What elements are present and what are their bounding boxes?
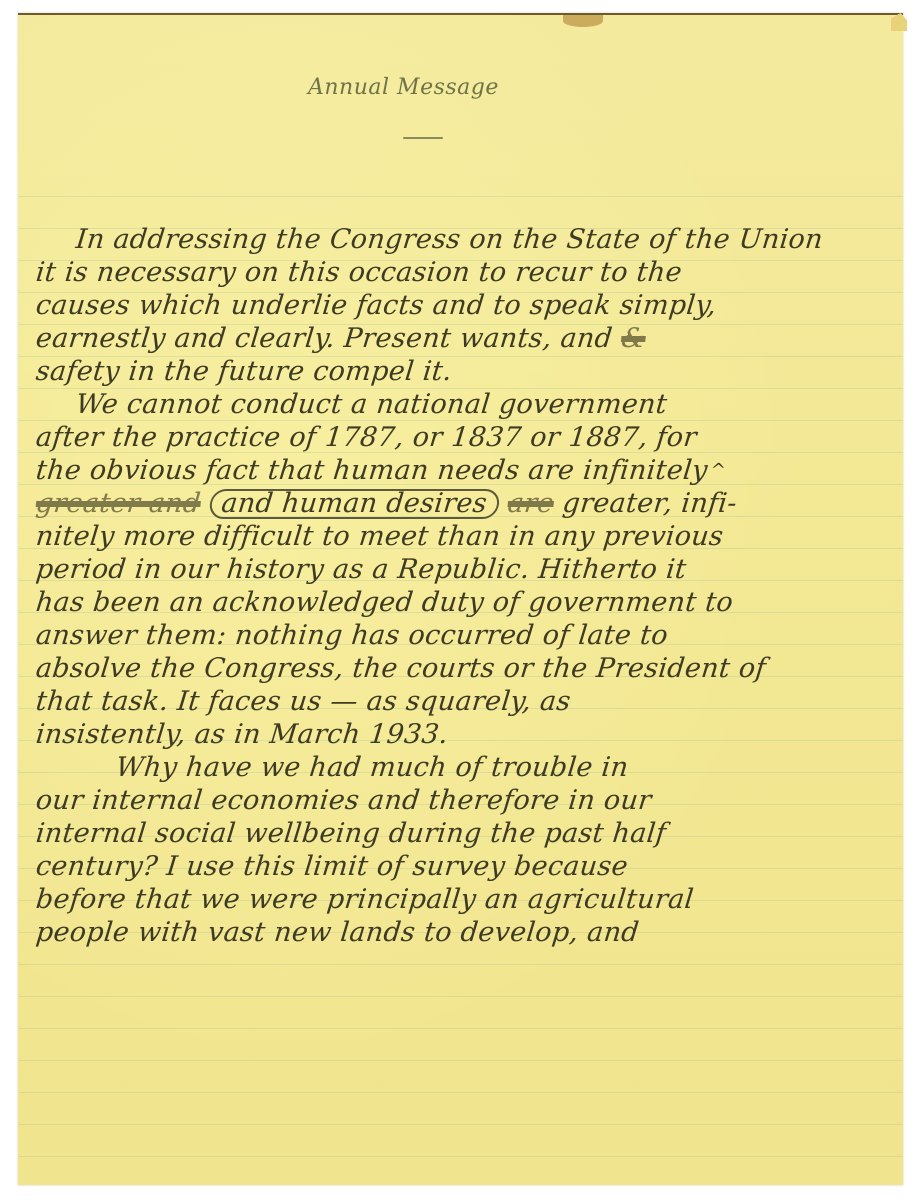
text-line: insistently, as in March 1933.	[34, 718, 887, 751]
text-line: that task. It faces us — as squarely, as	[34, 685, 887, 718]
text-line: greater and and human desires are greate…	[34, 487, 887, 520]
text-line: earnestly and clearly. Present wants, an…	[34, 322, 887, 355]
line-text: greater, infi-	[561, 488, 738, 519]
text-line: In addressing the Congress on the State …	[34, 223, 887, 256]
line-text: the obvious fact that human needs are in…	[34, 455, 709, 486]
handwritten-body: In addressing the Congress on the State …	[36, 223, 886, 949]
text-line: period in our history as a Republic. Hit…	[34, 553, 887, 586]
text-line: absolve the Congress, the courts or the …	[34, 652, 887, 685]
text-line: the obvious fact that human needs are in…	[34, 454, 887, 487]
text-line: safety in the future compel it.	[34, 355, 887, 388]
text-line: We cannot conduct a national government	[34, 388, 887, 421]
text-line: has been an acknowledged duty of governm…	[34, 586, 887, 619]
text-line: nitely more difficult to meet than in an…	[34, 520, 887, 553]
text-line: before that we were principally an agric…	[34, 883, 887, 916]
struck-words: greater and	[34, 488, 202, 519]
text-line: century? I use this limit of survey beca…	[34, 850, 887, 883]
insertion-caret: ^	[709, 454, 728, 487]
text-line: it is necessary on this occasion to recu…	[34, 256, 887, 289]
text-line: people with vast new lands to develop, a…	[34, 916, 887, 949]
document-title: Annual Message	[308, 75, 499, 100]
torn-corner	[891, 13, 907, 31]
paper-stain	[563, 15, 603, 27]
paper-page: Annual Message In addressing the Congres…	[18, 13, 903, 1185]
circled-insertion: and human desires	[208, 489, 501, 519]
text-line: Why have we had much of trouble in	[34, 751, 887, 784]
text-line: answer them: nothing has occurred of lat…	[34, 619, 887, 652]
struck-word: &	[620, 323, 648, 354]
text-line: our internal economies and therefore in …	[34, 784, 887, 817]
text-line: causes which underlie facts and to speak…	[34, 289, 887, 322]
title-underline	[403, 137, 443, 139]
struck-word: are	[506, 488, 555, 519]
text-line: after the practice of 1787, or 1837 or 1…	[34, 421, 887, 454]
line-text: earnestly and clearly. Present wants, an…	[34, 323, 614, 354]
text-line: internal social wellbeing during the pas…	[34, 817, 887, 850]
